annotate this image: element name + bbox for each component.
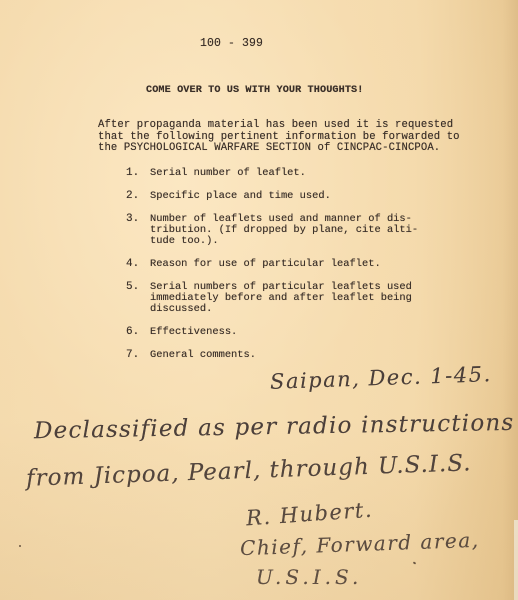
information-checklist: 1. Serial number of leaflet. 2. Specific… (126, 168, 394, 373)
item-text: Serial numbers of particular leaflets us… (150, 282, 418, 315)
intro-line: that the following pertinent information… (98, 131, 460, 143)
item-number: 6. (126, 327, 139, 339)
list-item: 6. Effectiveness. (126, 327, 394, 338)
list-item: 4. Reason for use of particular leaflet. (126, 259, 394, 270)
handwritten-declassification-source: from Jicpoa, Pearl, through U.S.I.S. (26, 450, 472, 492)
handwritten-signer-organization: U.S.I.S. (256, 565, 362, 589)
item-number: 4. (126, 259, 139, 271)
handwritten-declassification-note: Declassified as per radio instructions (34, 410, 515, 444)
list-item: 7. General comments. (126, 350, 394, 361)
item-text: Effectiveness. (150, 327, 418, 338)
item-number: 1. (126, 168, 139, 180)
document-page: 100 - 399 COME OVER TO US WITH YOUR THOU… (0, 0, 518, 600)
intro-paragraph: After propaganda material has been used … (98, 120, 460, 155)
item-text: Specific place and time used. (150, 191, 418, 202)
paper-speck (413, 561, 417, 564)
handwritten-signature: R. Hubert. (245, 498, 373, 531)
item-text: Serial number of leaflet. (150, 168, 418, 179)
list-item: 3. Number of leaflets used and manner of… (126, 214, 394, 247)
handwritten-signer-title: Chief, Forward area, (240, 528, 480, 560)
item-text: General comments. (150, 350, 418, 361)
paper-edge (514, 520, 518, 600)
item-number: 2. (126, 191, 139, 203)
intro-line: After propaganda material has been used … (98, 119, 453, 131)
item-text: Number of leaflets used and manner of di… (150, 214, 418, 247)
item-number: 7. (126, 350, 139, 362)
document-title: COME OVER TO US WITH YOUR THOUGHTS! (146, 85, 363, 97)
list-item: 1. Serial number of leaflet. (126, 168, 394, 179)
intro-line: the PSYCHOLOGICAL WARFARE SECTION of CIN… (98, 142, 440, 154)
list-item: 5. Serial numbers of particular leaflets… (126, 282, 394, 315)
item-number: 3. (126, 214, 139, 226)
paper-speck (19, 545, 21, 547)
item-text: Reason for use of particular leaflet. (150, 259, 418, 270)
document-serial-number: 100 - 399 (200, 38, 263, 50)
list-item: 2. Specific place and time used. (126, 191, 394, 202)
item-number: 5. (126, 282, 139, 294)
